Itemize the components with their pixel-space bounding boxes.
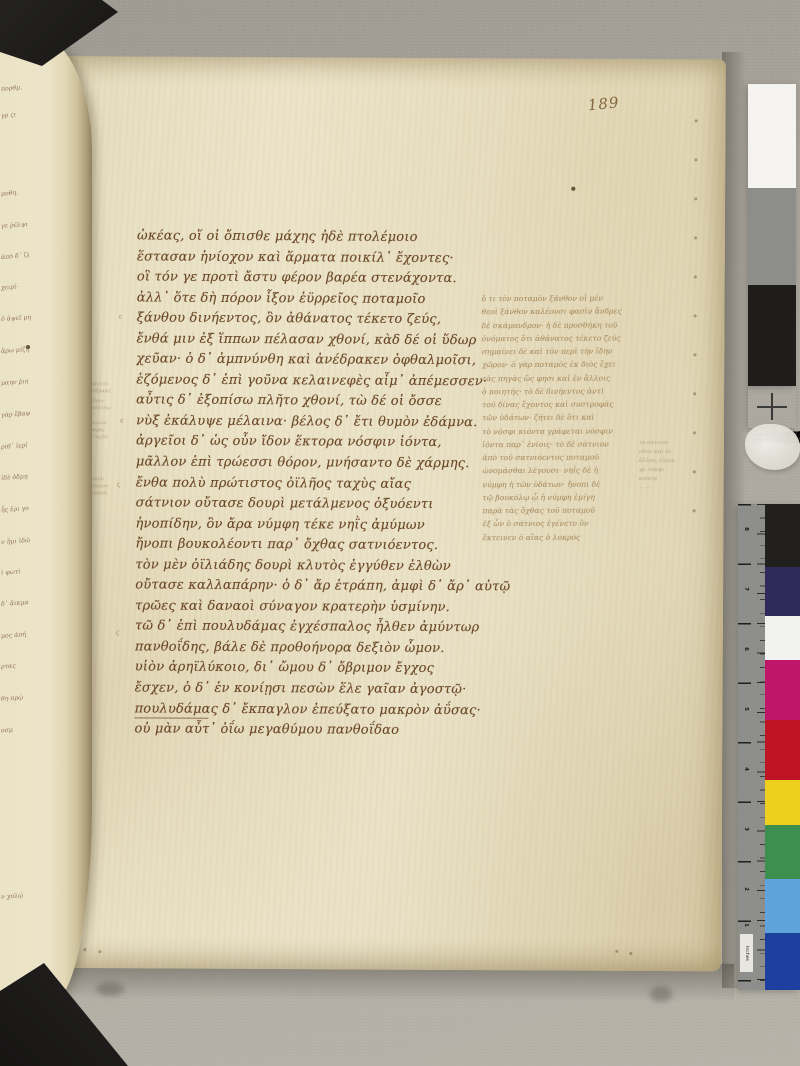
backdrop-smudge <box>96 982 124 996</box>
grayscale-calibration-bar <box>748 84 796 386</box>
ink-speck <box>26 345 30 349</box>
lower-margin-dots <box>53 56 726 971</box>
scholion-fragment: θη πρῴ <box>1 694 24 703</box>
scholion-fragment: δ᾽ ἄικμα <box>1 599 29 608</box>
scholion-fragment: ὶ φωτὶ <box>1 568 21 576</box>
scholion-fragment: γὰρ ἔβαψ <box>1 410 31 419</box>
color-patch <box>765 660 800 720</box>
ruler-number: 6 <box>743 647 749 651</box>
ruler-number: 7 <box>743 587 749 591</box>
color-patch <box>765 504 800 567</box>
photographic-ruler: 87654321 Inches <box>738 504 765 990</box>
scholion-fragment: γρ ςι <box>1 111 17 119</box>
color-patch <box>765 567 800 616</box>
scholion-fragment: ρτας <box>1 662 16 670</box>
scholion-fragment: ν ἥμι ἰδῶ <box>1 537 30 546</box>
color-patch-column <box>765 504 800 990</box>
color-patch <box>765 825 800 879</box>
scholion-fragment: πορθμ. <box>1 84 23 92</box>
cross-icon <box>771 393 773 420</box>
backdrop-smudge <box>650 986 672 1002</box>
scholion-fragment: γε ῥέλψι <box>1 221 29 230</box>
facing-page-scholia-fragments: πορθμ.γρ ςιμοθη.γε ῥέλψιἀπὸ δ᾽ ἴλχειρί·ὁ… <box>0 30 92 1002</box>
manuscript-page: 189 ὠκέας, οἵ οἱ ὄπισθε μάχης ἠδὲ πτολέμ… <box>53 56 726 971</box>
scholion-fragment: ριθ᾽ ἱερῖ <box>1 442 28 451</box>
ruler-number: 8 <box>743 527 749 531</box>
scholion-fragment: οσμ <box>1 727 13 735</box>
ruler-number: 2 <box>743 887 749 891</box>
scholion-fragment: ἀπὸ δ᾽ ἴλ <box>1 252 30 261</box>
ruler-number: 1 <box>743 923 749 927</box>
ruler-number: 4 <box>743 767 749 771</box>
color-patch <box>765 879 800 933</box>
facing-page-edge: πορθμ.γρ ςιμοθη.γε ῥέλψιἀπὸ δ᾽ ἴλχειρί·ὁ… <box>0 30 92 1002</box>
scholion-fragment: μαην ῥιη <box>1 378 29 387</box>
ruler-number: 5 <box>743 707 749 711</box>
pricking-dot <box>615 950 618 953</box>
scholion-fragment: μοθη. <box>1 189 19 197</box>
ruler-unit-label: Inches <box>740 934 753 972</box>
pricking-dot <box>629 952 632 955</box>
ink-speck <box>571 187 575 191</box>
ruler-unit-text: Inches <box>744 946 749 961</box>
scholion-fragment: ν χολῴ <box>1 892 24 901</box>
grayscale-patch <box>748 84 796 188</box>
color-patch <box>765 720 800 780</box>
scholion-fragment: ὁ ἀψεῖ μη <box>1 314 32 323</box>
color-patch <box>765 780 800 825</box>
registration-cross-panel <box>748 386 796 428</box>
color-patch <box>765 933 800 990</box>
scholion-fragment: μος ἀπή <box>1 631 27 640</box>
color-patch <box>765 616 800 660</box>
grayscale-patch <box>748 188 796 285</box>
scholion-fragment: χειρί· <box>1 283 19 291</box>
pricking-dot <box>98 950 101 953</box>
grayscale-patch <box>748 285 796 386</box>
scholion-fragment: ἰδὲ ὁδμη <box>1 473 28 482</box>
scholion-fragment: ἧς ἔρι γο <box>1 505 29 514</box>
color-calibration-scale: 87654321 Inches <box>738 504 800 990</box>
ruler-number: 3 <box>743 827 749 831</box>
